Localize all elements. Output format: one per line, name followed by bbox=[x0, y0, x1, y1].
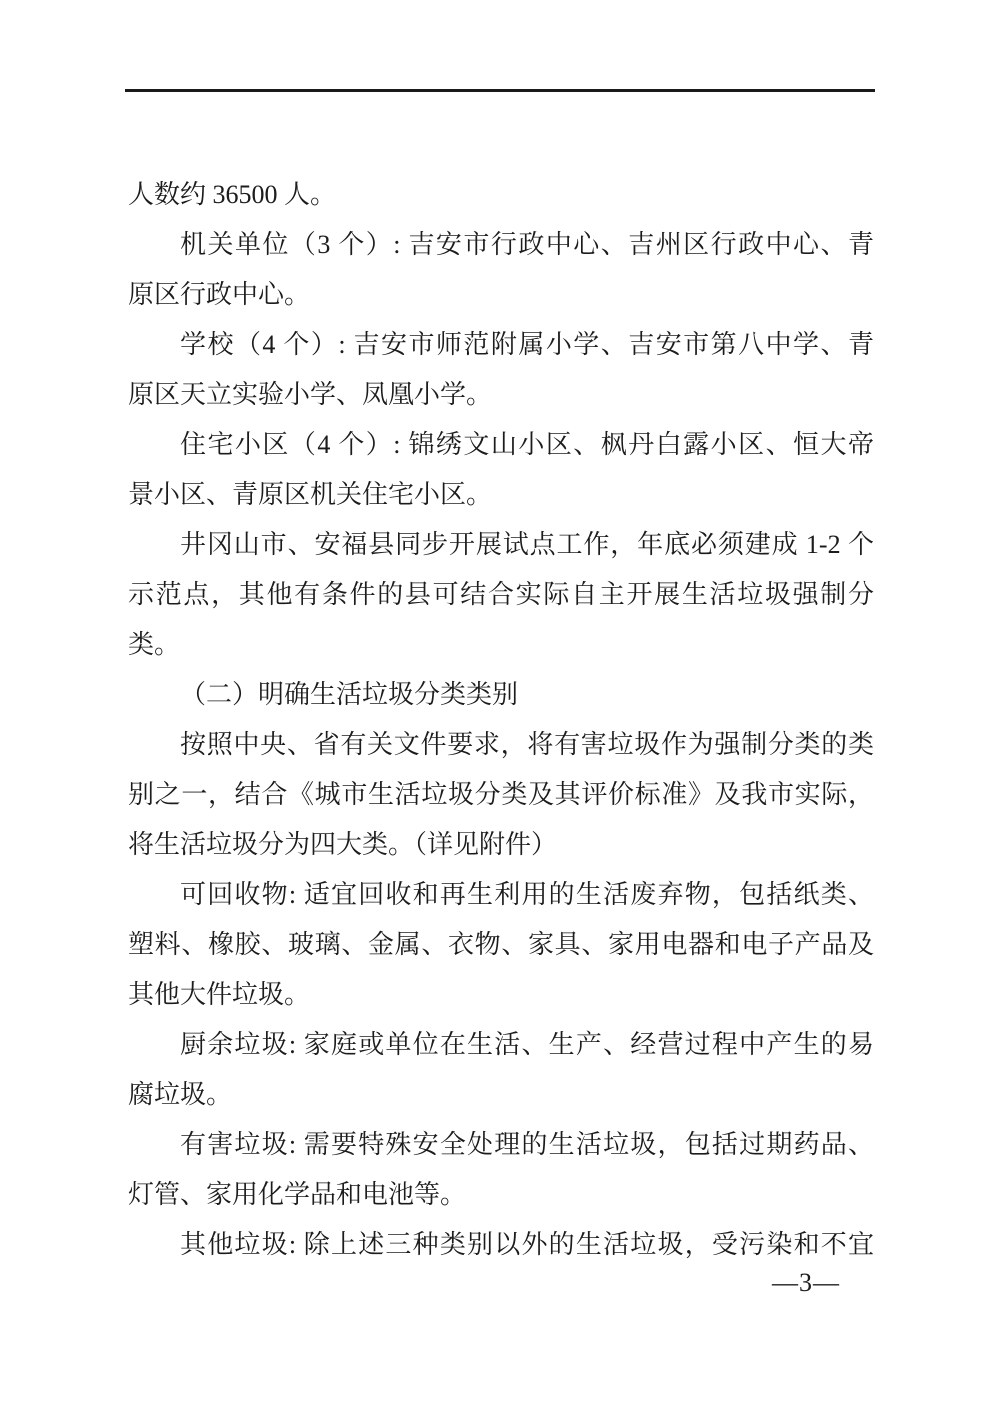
page-number: —3— bbox=[772, 1268, 840, 1298]
text-line: 类。 bbox=[128, 620, 874, 670]
text-line: 人数约 36500 人。 bbox=[128, 170, 874, 220]
document-page: 人数约 36500 人。 机关单位（3 个）: 吉安市行政中心、吉州区行政中心、… bbox=[0, 0, 1000, 1414]
text-line: 景小区、青原区机关住宅小区。 bbox=[128, 470, 874, 520]
section-heading: （二）明确生活垃圾分类类别 bbox=[128, 670, 874, 720]
text-line: 学校（4 个）: 吉安市师范附属小学、吉安市第八中学、青 bbox=[128, 320, 874, 370]
text-line: 可回收物: 适宜回收和再生利用的生活废弃物，包括纸类、 bbox=[128, 870, 874, 920]
text-line: 示范点，其他有条件的县可结合实际自主开展生活垃圾强制分 bbox=[128, 570, 874, 620]
text-line: 住宅小区（4 个）: 锦绣文山小区、枫丹白露小区、恒大帝 bbox=[128, 420, 874, 470]
text-line: 厨余垃圾: 家庭或单位在生活、生产、经营过程中产生的易 bbox=[128, 1020, 874, 1070]
text-line: 按照中央、省有关文件要求，将有害垃圾作为强制分类的类 bbox=[128, 720, 874, 770]
body-text-block: 人数约 36500 人。 机关单位（3 个）: 吉安市行政中心、吉州区行政中心、… bbox=[128, 170, 874, 1270]
text-line: 其他垃圾: 除上述三种类别以外的生活垃圾，受污染和不宜 bbox=[128, 1220, 874, 1270]
text-line: 井冈山市、安福县同步开展试点工作，年底必须建成 1-2 个 bbox=[128, 520, 874, 570]
text-line: 将生活垃圾分为四大类。（详见附件） bbox=[128, 820, 874, 870]
text-line: 灯管、家用化学品和电池等。 bbox=[128, 1170, 874, 1220]
text-line: 原区天立实验小学、凤凰小学。 bbox=[128, 370, 874, 420]
text-line: 腐垃圾。 bbox=[128, 1070, 874, 1120]
text-line: 有害垃圾: 需要特殊安全处理的生活垃圾，包括过期药品、 bbox=[128, 1120, 874, 1170]
text-line: 机关单位（3 个）: 吉安市行政中心、吉州区行政中心、青 bbox=[128, 220, 874, 270]
text-line: 原区行政中心。 bbox=[128, 270, 874, 320]
text-line: 其他大件垃圾。 bbox=[128, 970, 874, 1020]
header-rule bbox=[125, 89, 875, 92]
text-line: 别之一，结合《城市生活垃圾分类及其评价标准》及我市实际， bbox=[128, 770, 874, 820]
text-line: 塑料、橡胶、玻璃、金属、衣物、家具、家用电器和电子产品及 bbox=[128, 920, 874, 970]
